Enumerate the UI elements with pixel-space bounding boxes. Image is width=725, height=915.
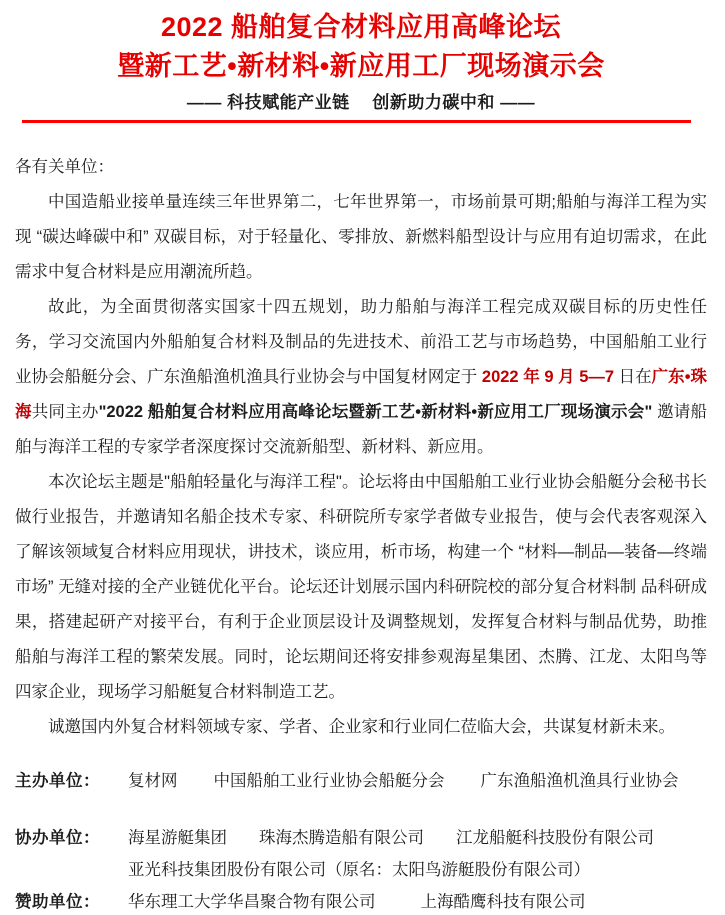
paragraph-3: 本次论坛主题是"船舶轻量化与海洋工程"。论坛将由中国船舶工业行业协会船艇分会秘书…	[15, 465, 707, 710]
host-organizer-items: 复材网 中国船舶工业行业协会船艇分会 广东渔船渔机渔具行业协会	[128, 765, 679, 797]
document-body: 各有关单位： 中国造船业接单量连续三年世界第二，七年世界第一，市场前景可期;船舶…	[15, 150, 707, 745]
host-organizer-item: 广东渔船渔机渔具行业协会	[481, 765, 679, 797]
host-organizer-item: 复材网	[128, 765, 178, 797]
sponsor-item: 华东理工大学华昌聚合物有限公司	[128, 886, 376, 915]
co-organizer-items-line1: 海星游艇集团 珠海杰腾造船有限公司 江龙船艇科技股份有限公司	[128, 822, 654, 854]
host-organizer-row: 主办单位： 复材网 中国船舶工业行业协会船艇分会 广东渔船渔机渔具行业协会	[15, 765, 707, 797]
co-organizer-label: 协办单位：	[15, 822, 128, 854]
co-organizer-item: 海星游艇集团	[128, 822, 227, 854]
paragraph-2: 故此，为全面贯彻落实国家十四五规划，助力船舶与海洋工程完成双碳目标的历史性任务，…	[15, 290, 707, 465]
co-organizer-items-line2: 亚光科技集团股份有限公司（原名：太阳鸟游艇股份有限公司）	[128, 854, 654, 886]
co-organizer-lines: 海星游艇集团 珠海杰腾造船有限公司 江龙船艇科技股份有限公司 亚光科技集团股份有…	[128, 822, 654, 886]
sponsor-label: 赞助单位：	[15, 886, 128, 915]
document-page: 2022 船舶复合材料应用高峰论坛 暨新工艺•新材料•新应用工厂现场演示会 ——…	[0, 0, 725, 915]
paragraph-2-run-3: 日在	[614, 368, 652, 386]
paragraph-1: 中国造船业接单量连续三年世界第二，七年世界第一，市场前景可期;船舶与海洋工程为实…	[15, 185, 707, 290]
sponsor-row: 赞助单位： 华东理工大学华昌聚合物有限公司 上海酷鹰科技有限公司	[15, 886, 707, 915]
organizers-section: 主办单位： 复材网 中国船舶工业行业协会船艇分会 广东渔船渔机渔具行业协会 协办…	[15, 765, 707, 915]
paragraph-2-event-name-bold: "2022 船舶复合材料应用高峰论坛暨新工艺•新材料•新应用工厂现场演示会"	[99, 403, 653, 421]
paragraph-2-run-5: 共同主办	[32, 403, 99, 421]
host-organizer-item: 中国船舶工业行业协会船艇分会	[214, 765, 445, 797]
co-organizer-item: 珠海杰腾造船有限公司	[259, 822, 424, 854]
co-organizer-row: 协办单位： 海星游艇集团 珠海杰腾造船有限公司 江龙船艇科技股份有限公司 亚光科…	[15, 822, 707, 886]
subtitle: —— 科技赋能产业链 创新助力碳中和 ——	[15, 91, 707, 115]
salutation: 各有关单位：	[15, 150, 707, 185]
title-line-1: 2022 船舶复合材料应用高峰论坛	[15, 8, 707, 47]
paragraph-4: 诚邀国内外复合材料领域专家、学者、企业家和行业同仁莅临大会，共谋复材新未来。	[15, 710, 707, 745]
host-organizer-label: 主办单位：	[15, 765, 128, 797]
co-organizer-item: 亚光科技集团股份有限公司（原名：太阳鸟游艇股份有限公司）	[128, 854, 590, 886]
document-header: 2022 船舶复合材料应用高峰论坛 暨新工艺•新材料•新应用工厂现场演示会 ——…	[15, 8, 707, 123]
sponsor-items: 华东理工大学华昌聚合物有限公司 上海酷鹰科技有限公司	[128, 886, 586, 915]
paragraph-2-date-highlight: 2022 年 9 月 5—7	[482, 368, 614, 386]
sponsor-item: 上海酷鹰科技有限公司	[421, 886, 586, 915]
title-line-2: 暨新工艺•新材料•新应用工厂现场演示会	[15, 47, 707, 86]
header-divider	[22, 120, 691, 123]
co-organizer-item: 江龙船艇科技股份有限公司	[456, 822, 654, 854]
